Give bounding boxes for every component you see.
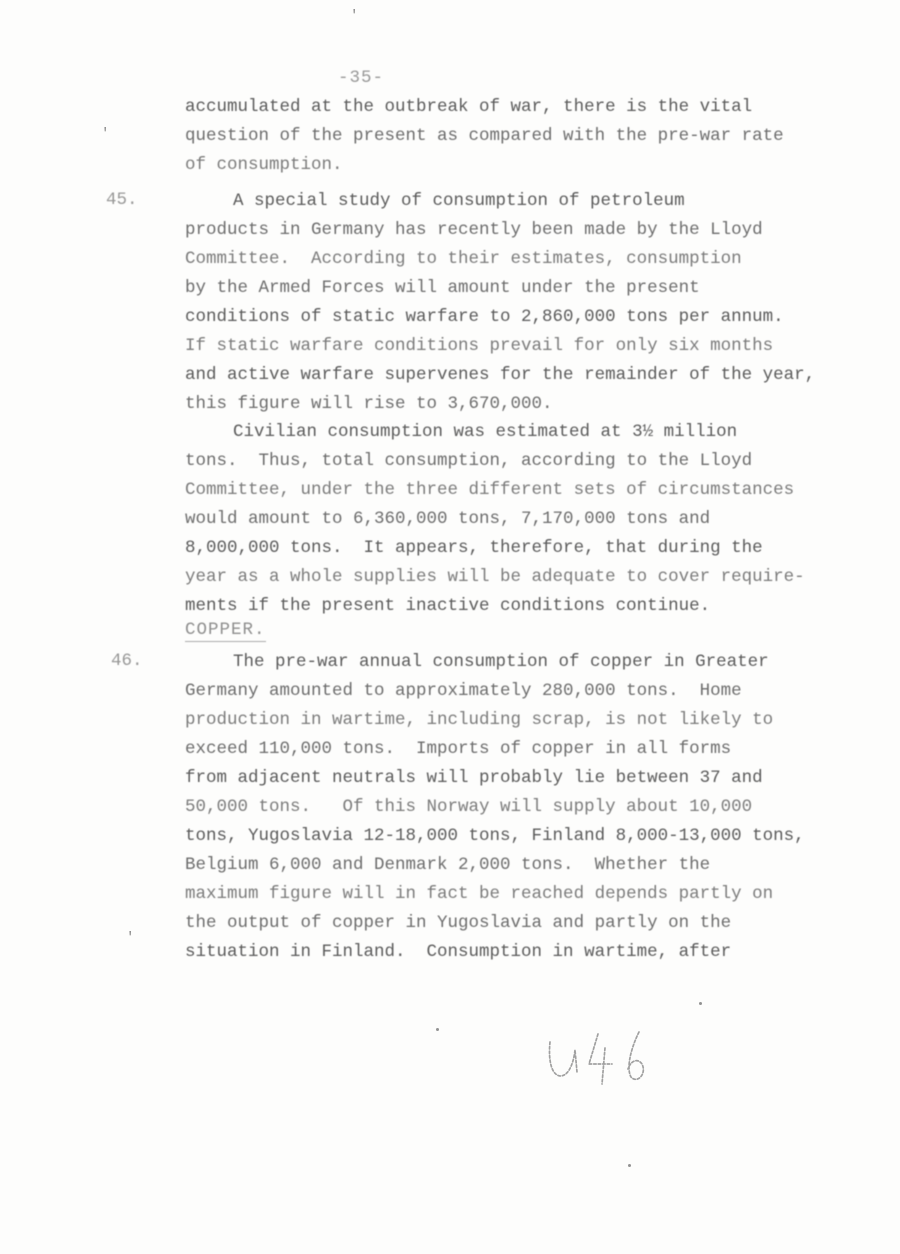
- text-line: situation in Finland. Consumption in war…: [185, 941, 835, 970]
- text-line: conditions of static warfare to 2,860,00…: [185, 306, 835, 335]
- text-line: from adjacent neutrals will probably lie…: [185, 767, 835, 796]
- paragraph-45: A special study of consumption of petrol…: [185, 190, 835, 422]
- text-line: tons. Thus, total consumption, according…: [185, 450, 835, 479]
- scan-artifact: ': [350, 8, 358, 24]
- text-line: would amount to 6,360,000 tons, 7,170,00…: [185, 508, 835, 537]
- handwritten-note: [542, 1020, 662, 1100]
- scan-artifact: [628, 1164, 631, 1167]
- paragraph-46: The pre-war annual consumption of copper…: [185, 651, 835, 970]
- text-line: Committee. According to their estimates,…: [185, 248, 835, 277]
- text-line: Committee, under the three different set…: [185, 479, 835, 508]
- page-number: -35-: [338, 68, 384, 88]
- typescript-layer: -35- 45. 46. accumulated at the outbreak…: [0, 0, 900, 1254]
- text-line: exceed 110,000 tons. Imports of copper i…: [185, 738, 835, 767]
- text-line: ments if the present inactive conditions…: [185, 595, 835, 624]
- scan-artifact: [436, 1028, 439, 1031]
- copper-section-heading: COPPER.: [185, 620, 266, 642]
- text-line: The pre-war annual consumption of copper…: [185, 651, 835, 680]
- text-line: and active warfare supervenes for the re…: [185, 364, 835, 393]
- text-line: 8,000,000 tons. It appears, therefore, t…: [185, 537, 835, 566]
- text-line: Belgium 6,000 and Denmark 2,000 tons. Wh…: [185, 854, 835, 883]
- text-line: of consumption.: [185, 154, 835, 183]
- text-line: production in wartime, including scrap, …: [185, 709, 835, 738]
- paragraph-number-46: 46.: [111, 651, 143, 671]
- paragraph-civilian-consumption: Civilian consumption was estimated at 3½…: [185, 421, 835, 624]
- text-line: Germany amounted to approximately 280,00…: [185, 680, 835, 709]
- text-line: Civilian consumption was estimated at 3½…: [185, 421, 835, 450]
- paragraph-number-45: 45.: [106, 190, 138, 210]
- text-line: the output of copper in Yugoslavia and p…: [185, 912, 835, 941]
- text-line: A special study of consumption of petrol…: [185, 190, 835, 219]
- scan-artifact: ': [126, 930, 134, 946]
- text-line: 50,000 tons. Of this Norway will supply …: [185, 796, 835, 825]
- text-line: If static warfare conditions prevail for…: [185, 335, 835, 364]
- text-line: products in Germany has recently been ma…: [185, 219, 835, 248]
- text-line: this figure will rise to 3,670,000.: [185, 393, 835, 422]
- scan-artifact: ': [101, 126, 109, 142]
- text-line: by the Armed Forces will amount under th…: [185, 277, 835, 306]
- text-line: year as a whole supplies will be adequat…: [185, 566, 835, 595]
- scan-artifact: [699, 1002, 702, 1005]
- document-page: -35- 45. 46. accumulated at the outbreak…: [0, 0, 900, 1254]
- text-line: accumulated at the outbreak of war, ther…: [185, 96, 835, 125]
- paragraph-continuation: accumulated at the outbreak of war, ther…: [185, 96, 835, 183]
- text-line: tons, Yugoslavia 12-18,000 tons, Finland…: [185, 825, 835, 854]
- text-line: question of the present as compared with…: [185, 125, 835, 154]
- text-line: maximum figure will in fact be reached d…: [185, 883, 835, 912]
